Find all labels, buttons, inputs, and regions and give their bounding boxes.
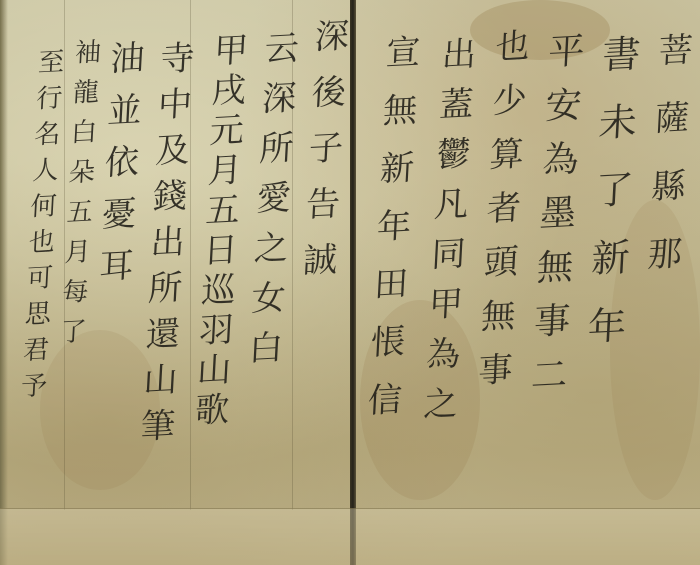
right-page: 菩薩縣那 書未了新年 平安為墨無事二 也少算者頭無事 出蓋鬱凡同甲為之 宣無新年…	[354, 0, 700, 565]
calligraphy-column-text: 云深所愛之女白	[244, 29, 297, 380]
left-col-7: 至行名人何也可思君予	[22, 18, 58, 418]
calligraphy-column-text: 平安為墨無事二	[526, 31, 582, 410]
left-col-4: 寺中及錢出所還山筆	[142, 18, 186, 466]
calligraphy-column-text: 也少算者頭無事	[473, 27, 527, 406]
left-page: 深後子告誠 云深所愛之女白 甲戌元月五日巡羽山歌 寺中及錢出所還山筆 油並依憂耳…	[0, 0, 353, 565]
right-col-4: 也少算者頭無事	[478, 18, 522, 418]
right-col-3: 平安為墨無事二	[530, 18, 578, 422]
page-bottom-margin	[0, 508, 700, 565]
left-col-1: 深後子告誠	[300, 18, 344, 310]
right-col-2: 書未了新年	[586, 18, 634, 386]
left-col-2: 云深所愛之女白	[248, 18, 292, 392]
left-col-6: 袖龍白朵五月每了	[60, 18, 96, 368]
manuscript-spread: 深後子告誠 云深所愛之女白 甲戌元月五日巡羽山歌 寺中及錢出所還山筆 油並依憂耳…	[0, 0, 700, 565]
calligraphy-column-text: 深後子告誠	[298, 17, 347, 298]
calligraphy-column-text: 出蓋鬱凡同甲為之	[418, 35, 473, 436]
calligraphy-column-text: 宣無新年田悵信	[362, 33, 418, 440]
right-col-6: 宣無新年田悵信	[368, 18, 412, 452]
calligraphy-column-text: 寺中及錢出所還山筆	[136, 39, 192, 454]
calligraphy-column-text: 菩薩縣那	[642, 31, 690, 304]
left-col-5: 油並依憂耳	[98, 18, 138, 312]
calligraphy-column-text: 袖龍白朵五月每了	[57, 38, 100, 359]
calligraphy-column-text: 至行名人何也可思君予	[17, 48, 62, 409]
calligraphy-column-text: 書未了新年	[582, 33, 638, 375]
left-col-3: 甲戌元月五日巡羽山歌	[196, 18, 240, 444]
calligraphy-column-text: 甲戌元月五日巡羽山歌	[190, 31, 245, 432]
calligraphy-column-text: 油並依憂耳	[94, 39, 142, 300]
right-col-1: 菩薩縣那	[644, 18, 688, 316]
right-col-5: 出蓋鬱凡同甲為之	[424, 18, 468, 448]
